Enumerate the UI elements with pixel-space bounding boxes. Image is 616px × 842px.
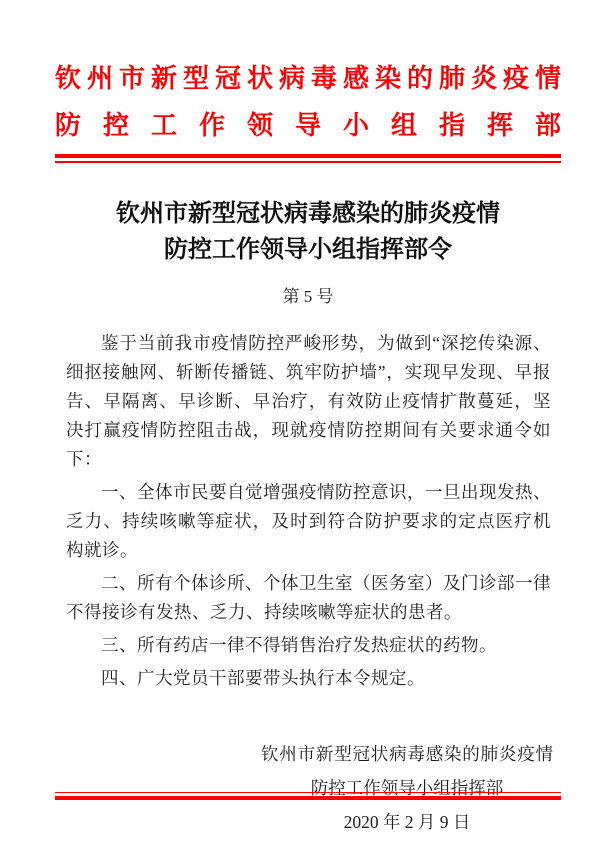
letterhead-line-1: 钦州市新型冠状病毒感染的肺炎疫情 (55, 55, 561, 102)
signature-date: 2020 年 2 月 9 日 (261, 805, 553, 839)
red-letterhead: 钦州市新型冠状病毒感染的肺炎疫情 防控工作领导小组指挥部 (55, 55, 561, 149)
body-paragraph-item-1: 一、全体市民要自觉增强疫情防控意识，一旦出现发热、乏力、持续咳嗽等症状，及时到符… (66, 478, 551, 565)
letterhead-line-2: 防控工作领导小组指挥部 (55, 102, 561, 149)
document-title-line-2: 防控工作领导小组指挥部令 (55, 232, 561, 268)
body-paragraph-item-2: 二、所有个体诊所、个体卫生室（医务室）及门诊部一律不得接诊有发热、乏力、持续咳嗽… (66, 569, 551, 627)
document-number: 第 5 号 (55, 287, 561, 307)
signature-block: 钦州市新型冠状病毒感染的肺炎疫情 防控工作领导小组指挥部 2020 年 2 月 … (261, 737, 553, 839)
body-paragraph-intro: 鉴于当前我市疫情防控严峻形势，为做到“深挖传染源、细抠接触网、斩断传播链、筑牢防… (66, 329, 551, 474)
body-paragraph-item-3: 三、所有药店一律不得销售治疗发热症状的药物。 (66, 631, 551, 660)
signature-org-line-1: 钦州市新型冠状病毒感染的肺炎疫情 (261, 737, 553, 771)
document-body: 鉴于当前我市疫情防控严峻形势，为做到“深挖传染源、细抠接触网、斩断传播链、筑牢防… (66, 329, 551, 693)
document-title-line-1: 钦州市新型冠状病毒感染的肺炎疫情 (55, 196, 561, 232)
body-paragraph-item-4: 四、广大党员干部要带头执行本令规定。 (66, 664, 551, 693)
red-double-rule-bottom (55, 792, 561, 800)
red-double-rule-top (55, 154, 561, 163)
document-title: 钦州市新型冠状病毒感染的肺炎疫情 防控工作领导小组指挥部令 (55, 196, 561, 268)
document-page: 钦州市新型冠状病毒感染的肺炎疫情 防控工作领导小组指挥部 钦州市新型冠状病毒感染… (0, 0, 616, 842)
